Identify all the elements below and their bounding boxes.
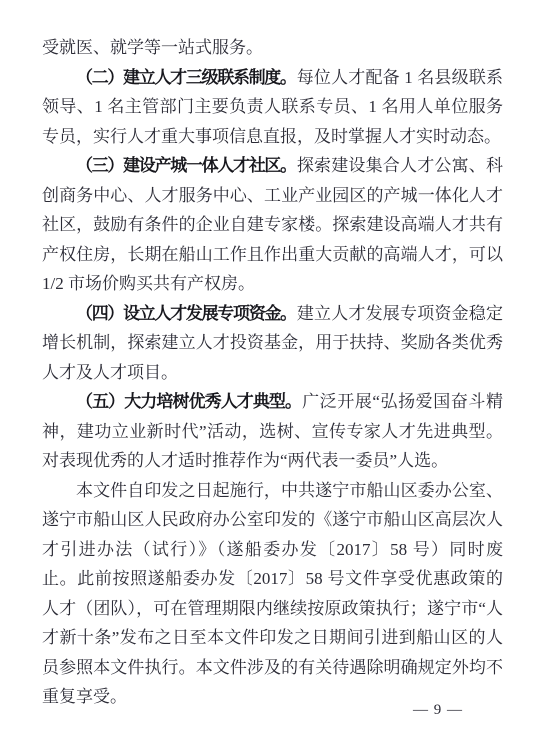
paragraph-text: 本文件自印发之日起施行，中共遂宁市船山区委办公室、遂宁市船山区人民政府办公室印发… xyxy=(42,481,503,707)
paragraph: （四）设立人才发展专项资金。建立人才发展专项资金稳定增长机制，探索建立人才投资基… xyxy=(42,299,503,388)
paragraph: （五）大力培树优秀人才典型。广泛开展“弘扬爱国奋斗精神，建功立业新时代”活动，选… xyxy=(42,387,503,476)
document-page: 受就医、就学等一站式服务。 （二）建立人才三级联系制度。每位人才配备 1 名县级… xyxy=(0,0,542,741)
section-heading: （四）设立人才发展专项资金。 xyxy=(76,304,296,323)
page-number: — 9 — xyxy=(413,700,463,720)
section-heading: （二）建立人才三级联系制度。 xyxy=(76,68,296,87)
paragraph-text: 受就医、就学等一站式服务。 xyxy=(42,38,263,57)
section-heading: （五）大力培树优秀人才典型。 xyxy=(76,392,301,411)
paragraph-text: 探索建设集合人才公寓、科创商务中心、人才服务中心、工业产业园区的产城一体化人才社… xyxy=(42,156,503,293)
document-body: 受就医、就学等一站式服务。 （二）建立人才三级联系制度。每位人才配备 1 名县级… xyxy=(42,33,503,712)
paragraph: （二）建立人才三级联系制度。每位人才配备 1 名县级联系领导、1 名主管部门主要… xyxy=(42,63,503,152)
paragraph: 受就医、就学等一站式服务。 xyxy=(42,33,503,63)
section-heading: （三）建设产城一体人才社区。 xyxy=(76,156,296,175)
paragraph: 本文件自印发之日起施行，中共遂宁市船山区委办公室、遂宁市船山区人民政府办公室印发… xyxy=(42,476,503,712)
paragraph: （三）建设产城一体人才社区。探索建设集合人才公寓、科创商务中心、人才服务中心、工… xyxy=(42,151,503,299)
